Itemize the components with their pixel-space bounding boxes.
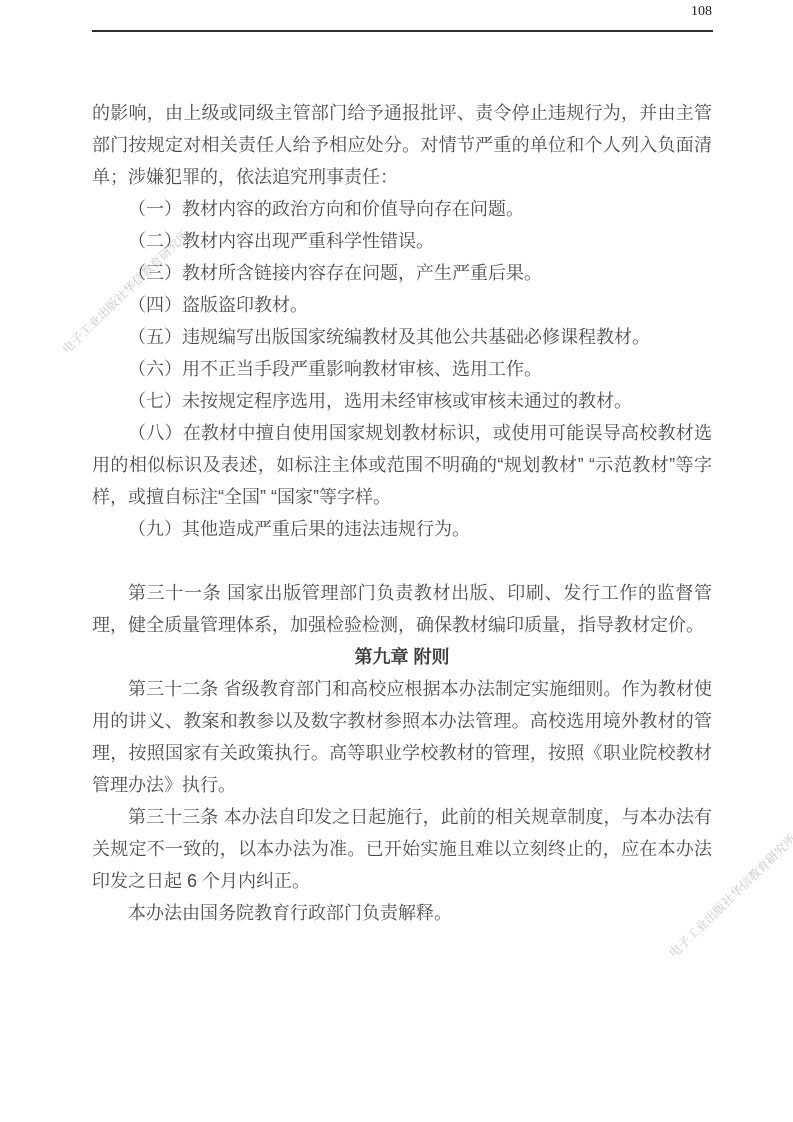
article-32: 第三十二条 省级教育部门和高校应根据本办法制定实施细则。作为教材使用的讲义、教案… (92, 673, 712, 801)
list-item-8: （八）在教材中擅自使用国家规划教材标识，或使用可能误导高校教材选用的相似标识及表… (92, 417, 712, 513)
closing-paragraph: 本办法由国务院教育行政部门负责解释。 (92, 897, 712, 929)
list-item-4: （四）盗版盗印教材。 (92, 289, 712, 321)
list-item-1: （一）教材内容的政治方向和价值导向存在问题。 (92, 193, 712, 225)
list-item-9: （九）其他造成严重后果的违法违规行为。 (92, 513, 712, 545)
page-number: 108 (92, 4, 712, 20)
paragraph-continuation: 的影响，由上级或同级主管部门给予通报批评、责令停止违规行为，并由主管部门按规定对… (92, 97, 712, 193)
header-rule (92, 30, 713, 32)
list-item-7: （七）未按规定程序选用，选用未经审核或审核未通过的教材。 (92, 385, 712, 417)
article-33: 第三十三条 本办法自印发之日起施行，此前的相关规章制度，与本办法有关规定不一致的… (92, 801, 712, 897)
list-item-3: （三）教材所含链接内容存在问题，产生严重后果。 (92, 257, 712, 289)
list-item-6: （六）用不正当手段严重影响教材审核、选用工作。 (92, 353, 712, 385)
chapter-heading: 第九章 附则 (92, 641, 712, 673)
document-page: 108 电子工业出版社华信教育研究所 电子工业出版社华信教育研究所 的影响，由上… (0, 0, 793, 1122)
article-31: 第三十一条 国家出版管理部门负责教材出版、印刷、发行工作的监督管理，健全质量管理… (92, 577, 712, 641)
list-item-5: （五）违规编写出版国家统编教材及其他公共基础必修课程教材。 (92, 321, 712, 353)
document-body: 的影响，由上级或同级主管部门给予通报批评、责令停止违规行为，并由主管部门按规定对… (92, 97, 712, 929)
list-item-2: （二）教材内容出现严重科学性错误。 (92, 225, 712, 257)
